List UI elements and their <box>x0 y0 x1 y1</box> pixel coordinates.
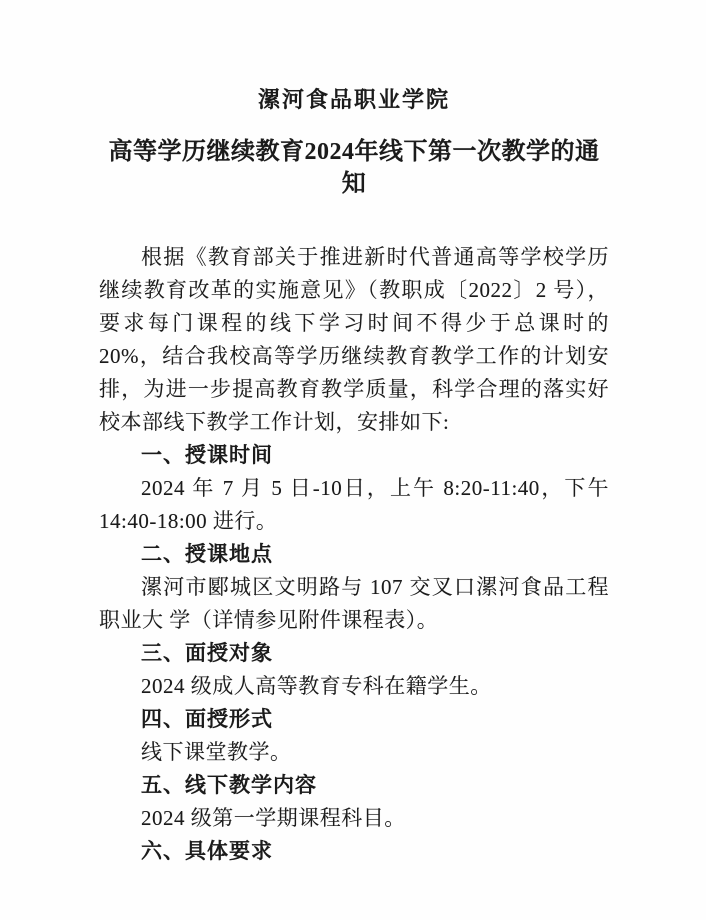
section-body: 2024 级成人高等教育专科在籍学生。 <box>99 670 609 703</box>
section-heading: 五、线下教学内容 <box>99 769 609 802</box>
org-title: 漯河食品职业学院 <box>99 85 609 115</box>
section-heading: 一、授课时间 <box>99 439 609 472</box>
section-requirements: 六、具体要求 <box>99 835 609 868</box>
section-heading: 二、授课地点 <box>99 538 609 571</box>
section-heading: 三、面授对象 <box>99 637 609 670</box>
section-heading: 四、面授形式 <box>99 703 609 736</box>
section-teaching-location: 二、授课地点 漯河市郾城区文明路与 107 交叉口漯河食品工程职业大 学（详情参… <box>99 538 609 637</box>
notice-title: 高等学历继续教育2024年线下第一次教学的通知 <box>99 136 609 200</box>
section-content: 五、线下教学内容 2024 级第一学期课程科目。 <box>99 769 609 835</box>
section-audience: 三、面授对象 2024 级成人高等教育专科在籍学生。 <box>99 637 609 703</box>
page-content: 漯河食品职业学院 高等学历继续教育2024年线下第一次教学的通知 根据《教育部关… <box>99 0 609 868</box>
section-heading: 六、具体要求 <box>99 835 609 868</box>
section-format: 四、面授形式 线下课堂教学。 <box>99 703 609 769</box>
section-body: 2024 年 7 月 5 日-10日，上午 8:20-11:40，下午 14:4… <box>99 472 609 538</box>
notice-body: 根据《教育部关于推进新时代普通高等学校学历继续教育改革的实施意见》（教职成〔20… <box>99 241 609 868</box>
intro-paragraph: 根据《教育部关于推进新时代普通高等学校学历继续教育改革的实施意见》（教职成〔20… <box>99 241 609 439</box>
scanned-notice-page: 漯河食品职业学院 高等学历继续教育2024年线下第一次教学的通知 根据《教育部关… <box>0 0 706 920</box>
section-body: 漯河市郾城区文明路与 107 交叉口漯河食品工程职业大 学（详情参见附件课程表）… <box>99 571 609 637</box>
section-teaching-time: 一、授课时间 2024 年 7 月 5 日-10日，上午 8:20-11:40，… <box>99 439 609 538</box>
section-body: 2024 级第一学期课程科目。 <box>99 802 609 835</box>
section-body: 线下课堂教学。 <box>99 736 609 769</box>
